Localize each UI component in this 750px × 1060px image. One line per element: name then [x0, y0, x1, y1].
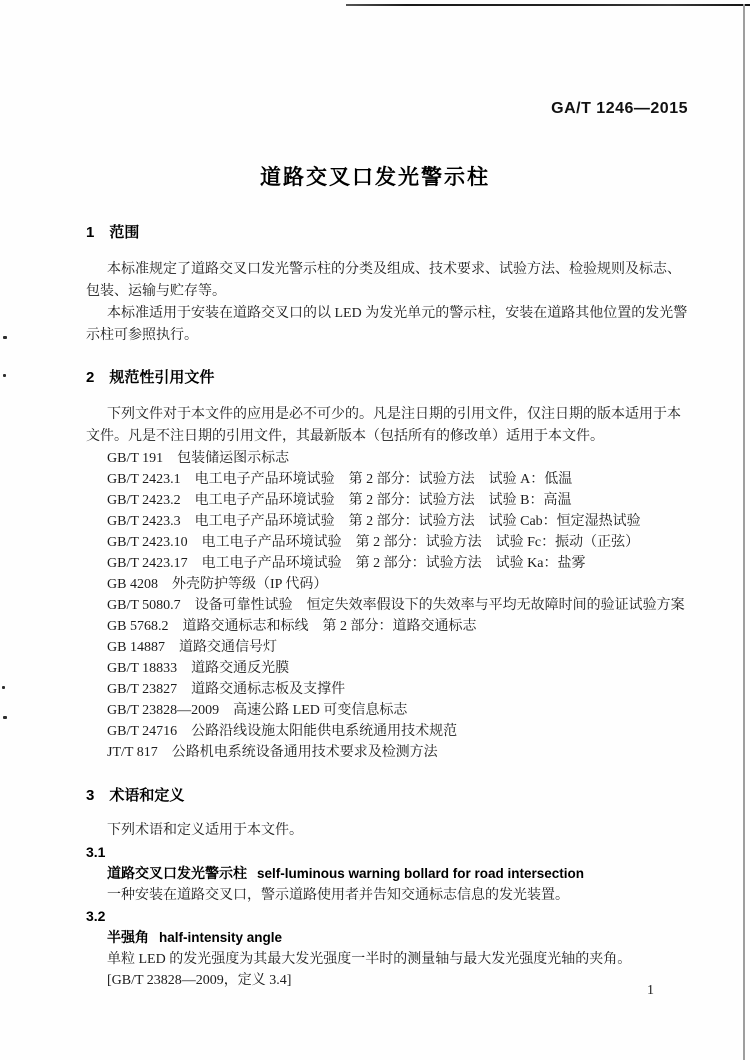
reference-item: GB/T 191 包装储运图示标志	[86, 448, 688, 469]
section-2-heading: 2 规范性引用文件	[86, 367, 688, 389]
reference-item: JT/T 817 公路机电系统设备通用技术要求及检测方法	[86, 742, 688, 763]
document-page: GA/T 1246—2015 道路交叉口发光警示柱 1 范围 本标准规定了道路交…	[0, 0, 750, 1060]
term-definition: 一种安装在道路交叉口，警示道路使用者并告知交通标志信息的发光装置。	[86, 885, 688, 906]
reference-item: GB/T 2423.1 电工电子产品环境试验 第 2 部分：试验方法 试验 A：…	[86, 469, 688, 490]
term-english: self-luminous warning bollard for road i…	[257, 866, 584, 881]
section-3-intro: 下列术语和定义适用于本文件。	[86, 820, 688, 842]
section-1-heading: 1 范围	[86, 222, 688, 244]
reference-item: GB/T 23828—2009 高速公路 LED 可变信息标志	[86, 700, 688, 721]
reference-item: GB/T 2423.2 电工电子产品环境试验 第 2 部分：试验方法 试验 B：…	[86, 490, 688, 511]
term-definition: 单粒 LED 的发光强度为其最大发光强度一半时的测量轴与最大发光强度光轴的夹角。	[86, 949, 688, 970]
reference-item: GB/T 5080.7 设备可靠性试验 恒定失效率假设下的失效率与平均无故障时间…	[86, 595, 688, 616]
scan-edge-top-line	[346, 4, 750, 6]
section-1-paragraph-1: 本标准规定了道路交叉口发光警示柱的分类及组成、技术要求、试验方法、检验规则及标志…	[86, 259, 688, 303]
document-title: 道路交叉口发光警示柱	[0, 161, 750, 191]
reference-item: GB/T 2423.10 电工电子产品环境试验 第 2 部分：试验方法 试验 F…	[86, 532, 688, 553]
document-body: 1 范围 本标准规定了道路交叉口发光警示柱的分类及组成、技术要求、试验方法、检验…	[86, 222, 688, 991]
term-chinese: 道路交叉口发光警示柱	[107, 865, 247, 881]
reference-item: GB/T 2423.17 电工电子产品环境试验 第 2 部分：试验方法 试验 K…	[86, 553, 688, 574]
reference-item: GB 5768.2 道路交通标志和标线 第 2 部分：道路交通标志	[86, 616, 688, 637]
term-number: 3.1	[86, 842, 688, 863]
standard-code: GA/T 1246—2015	[551, 100, 688, 118]
scan-speck	[3, 716, 7, 719]
term-source: [GB/T 23828—2009，定义 3.4]	[86, 970, 688, 991]
reference-item: GB/T 18833 道路交通反光膜	[86, 658, 688, 679]
reference-item: GB/T 24716 公路沿线设施太阳能供电系统通用技术规范	[86, 721, 688, 742]
term-chinese: 半强角	[107, 929, 149, 945]
reference-item: GB 4208 外壳防护等级（IP 代码）	[86, 574, 688, 595]
section-3-heading: 3 术语和定义	[86, 785, 688, 807]
reference-item: GB/T 23827 道路交通标志板及支撑件	[86, 679, 688, 700]
term-entry: 半强角half-intensity angle	[86, 927, 688, 949]
reference-item: GB 14887 道路交通信号灯	[86, 637, 688, 658]
scan-speck	[3, 374, 6, 377]
page-number: 1	[647, 983, 654, 999]
term-english: half-intensity angle	[159, 930, 282, 945]
scan-speck	[3, 336, 7, 339]
term-entry: 道路交叉口发光警示柱self-luminous warning bollard …	[86, 863, 688, 885]
section-1-paragraph-2: 本标准适用于安装在道路交叉口的以 LED 为发光单元的警示柱，安装在道路其他位置…	[86, 303, 688, 347]
reference-item: GB/T 2423.3 电工电子产品环境试验 第 2 部分：试验方法 试验 Ca…	[86, 511, 688, 532]
term-number: 3.2	[86, 906, 688, 927]
section-2-intro: 下列文件对于本文件的应用是必不可少的。凡是注日期的引用文件，仅注日期的版本适用于…	[86, 404, 688, 448]
scan-speck	[2, 686, 5, 689]
reference-list: GB/T 191 包装储运图示标志 GB/T 2423.1 电工电子产品环境试验…	[86, 448, 688, 763]
